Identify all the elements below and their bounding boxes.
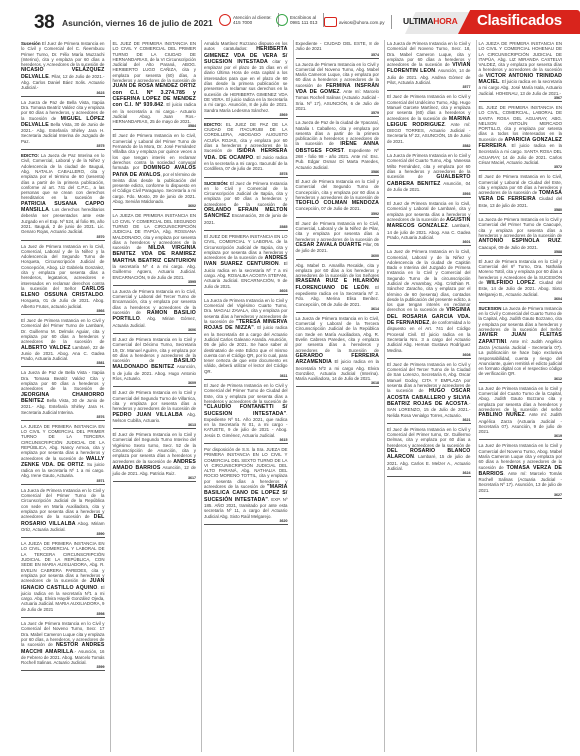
legal-notice: El Juez de Primera Instancia en lo Civil… <box>387 361 471 424</box>
legal-notice: El Juez de Primera Instancia en lo Civil… <box>296 178 380 218</box>
notice-code: 3593 <box>387 192 471 196</box>
notice-code: 3592 <box>296 212 380 216</box>
notice-code: 3567 <box>479 96 563 100</box>
column-2: EL JUEZ DE PRIMERA INSTANCIA EN LO CIVIL… <box>110 40 199 752</box>
legal-notice: SUCESION La Jueza de Primera Instancia e… <box>479 305 563 383</box>
legal-notice: El Juez de Primera Instancia en lo Civil… <box>113 132 197 210</box>
notice-body: La Jueza de Paz Interina en lo Civil, Co… <box>21 153 105 200</box>
divider <box>391 15 392 29</box>
notice-code: 3623 <box>21 91 105 95</box>
notice-body: El Juez de Primera Instancia en lo Civil… <box>113 390 197 411</box>
notice-body: El Juez de Primera Instancia en lo Civil… <box>296 179 380 200</box>
email-contact: avisos@uhora.com.py <box>324 15 392 29</box>
legal-notice: Arnaldo Martínez Rozzano dispuso en los … <box>204 40 288 119</box>
notice-code: 3586 <box>296 170 380 174</box>
notice-code: 3598 <box>21 612 105 616</box>
notice-body: El Juez de Primera Instancia en lo Civil… <box>387 427 471 448</box>
notice-body: Abg. Mabel D. Amarilla Recalde, cita y e… <box>296 263 380 279</box>
legal-notice: El JUEZ DE PRIMERA INSTANCIA EN LO CIVIL… <box>204 233 288 295</box>
notice-body: La Jueza de Primera Instancia en lo Civi… <box>21 488 105 519</box>
notice-code: 3606 <box>113 328 197 332</box>
logo-ultima: ULTIMA <box>403 16 433 26</box>
notice-code: 3601 <box>387 240 471 244</box>
notice-code: 3570 <box>21 235 105 239</box>
notice-body-end: . Ante mí: Judith Angélica Zarza (Actuar… <box>479 339 563 377</box>
column-5: La Jueza de Primera Instancia en lo Civi… <box>384 40 473 752</box>
legal-notice: EDICTO: EL JUEZ DE PAZ DE LA CIUDAD DE I… <box>204 121 288 178</box>
notice-body: La Jueza de Paz de Bella Vista - Itapúa … <box>21 370 105 391</box>
legal-notice: Abg. Mabel D. Amarilla Recalde, cita y e… <box>296 262 380 313</box>
notice-deceased-name: IRASEMA RUIZ E HILARIÓN FLORENCIANO DE L… <box>296 278 380 290</box>
notice-code: 3624 <box>387 471 471 475</box>
notice-lead: EDICTO: <box>204 122 222 127</box>
legal-notice: El Juez de Primera Instancia en lo Civil… <box>113 336 197 387</box>
notice-code: 3585 <box>204 225 288 229</box>
legal-notice: LA JUEZA DE PRIMERA INSTANCIA EN LO CIVI… <box>479 40 563 102</box>
notice-body: El Juez de Primera Instancia en lo Civil… <box>296 221 380 242</box>
mail-icon <box>324 17 337 27</box>
notice-code: 3582 <box>387 144 471 148</box>
notice-code: 3617 <box>113 476 197 480</box>
notice-body: Expediente - CIUDAD DEL ESTE, 8 de Julio… <box>296 41 380 51</box>
legal-notice: El Juez de Primera Instancia en lo Civil… <box>479 173 563 214</box>
notice-deceased-name: "CLAUDIO FONTANETTI S/ SUCESION INTESTAD… <box>204 404 288 416</box>
legal-notice: Por disposición de S.S. la Sra. JUEZA DE… <box>204 446 288 525</box>
legal-notice: SUCESIÓN: El Juez de Primera Instancia e… <box>204 180 288 231</box>
legal-notice: Expediente - CIUDAD DEL ESTE, 8 de Julio… <box>296 40 380 59</box>
legal-notice: Sucesión El Juez de Primera Instancia en… <box>21 40 105 97</box>
notice-code: 3581 <box>21 361 105 365</box>
notice-code: 3584 <box>113 124 197 128</box>
legal-notice: EL JUEZ DE PRIMERA INSTANCIA EN LO CIVIL… <box>479 104 563 171</box>
column-3: Arnaldo Martínez Rozzano dispuso en los … <box>201 40 290 752</box>
notice-body-end: . El juicio radica en la Secretaría 48 a… <box>204 325 288 373</box>
legal-notice: El Juez de Primera Instancia en lo Civil… <box>387 93 471 150</box>
column-6: LA JUEZA DE PRIMERA INSTANCIA EN LO CIVI… <box>476 40 565 752</box>
notice-lead: SUCESION <box>479 306 502 311</box>
notice-deceased-name: TEOFILO COLMAN MENDOZA <box>296 200 380 206</box>
notice-body: La Juez de Primera Instancia en lo Civil… <box>387 249 471 312</box>
whatsapp-icon <box>276 14 288 26</box>
legal-notice: La Jueza de Primera Instancia en lo Civi… <box>204 297 288 380</box>
notice-code: 3621 <box>387 418 471 422</box>
notice-body: La Jueza de Primera Instancia en lo Civi… <box>479 217 563 238</box>
notice-code: 3588 <box>479 250 563 254</box>
legal-notice: El Juez de Primera Instancia en lo Civil… <box>113 389 197 429</box>
notice-code: 3612 <box>479 377 563 381</box>
notice-code: 3580 <box>479 208 563 212</box>
notice-code: 3590 <box>21 532 105 536</box>
notice-body: El Juez de Primera Instancia en lo Civil… <box>204 383 288 404</box>
notice-lead: Sucesión <box>21 41 41 46</box>
notice-code: 3603 <box>204 289 288 293</box>
logo-hora: HORA <box>433 16 457 26</box>
notice-code: 3566 <box>21 309 105 313</box>
legal-notice: El Juez de Primera Instancia en lo Civil… <box>21 317 105 367</box>
notice-code: 3571 <box>21 479 105 483</box>
page-number: 38 <box>34 12 54 34</box>
notice-code: 3613 <box>113 423 197 427</box>
legal-notice: El Juez de Primera Instancia en lo Civil… <box>387 426 471 477</box>
page-header: 38 Asunción, viernes 16 de julio de 2021… <box>0 0 580 38</box>
notice-code: 3609 <box>113 381 197 385</box>
legal-notice: El Juez de Primera Instancia en lo Civil… <box>296 220 380 260</box>
legal-notice: El Juez de Primera Instancia en lo Civil… <box>479 258 563 303</box>
legal-notice: La Jueza de Primera Instancia en lo Civi… <box>296 315 380 388</box>
legal-notice: La Juez de Primera Instancia en lo Civil… <box>21 243 105 316</box>
column-1: Sucesión El Juez de Primera Instancia en… <box>19 40 107 752</box>
notice-code: 3595 <box>113 280 197 284</box>
contact-value: 415 7000 <box>233 20 252 25</box>
notice-code: 3577 <box>387 85 471 89</box>
legal-notice: LA JUEZA DE PRIMERA INSTANCIA EN LO CIVI… <box>21 423 105 485</box>
dateline: Asunción, viernes 16 de julio de 2021 <box>62 18 213 28</box>
notice-code: 3574 <box>296 53 380 57</box>
legal-notice: La Jueza de Primera Instancia en lo Civi… <box>21 487 105 538</box>
phone-icon <box>219 14 231 26</box>
legal-notice: EL JUEZ DE PRIMERA INSTANCIA EN LO CIVIL… <box>113 40 197 130</box>
ultimahora-logo: ULTIMAHORA <box>403 16 458 26</box>
notice-deceased-name: CESAR ZAVALA DUARTE <box>296 242 362 248</box>
notice-deceased-name: WILFRIDO LOPEZ <box>486 280 534 286</box>
notice-body: La Jueza de Primera Instancia en lo Civi… <box>296 316 380 353</box>
notice-code: 3579 <box>296 111 380 115</box>
section-title: Clasificados <box>477 12 562 29</box>
notice-code: 3575 <box>21 144 105 148</box>
notice-deceased-name: ALBERTO VALDEZ <box>21 345 71 351</box>
legal-notice: La Jueza de Paz de la ciudad de Ypacaraí… <box>296 119 380 176</box>
legal-notice: La Juez de Primera Instancia en lo Civil… <box>479 442 563 499</box>
contact-value: avisos@uhora.com.py <box>339 20 385 25</box>
notice-body: EL JUEZ DE PRIMERA INSTANCIA EN LO CIVIL… <box>113 41 197 83</box>
legal-notice: EDICTO: La Jueza de Paz Interina en lo C… <box>21 152 105 240</box>
legal-notice: La Juez de Primera Instancia en lo Civil… <box>479 385 563 441</box>
column-4: Expediente - CIUDAD DEL ESTE, 8 de Julio… <box>293 40 382 752</box>
notice-code: 3627 <box>479 493 563 497</box>
notice-code: 3576 <box>21 415 105 419</box>
notice-code: 3620 <box>204 519 288 523</box>
legal-notice: La Jueza de Paz de Bella Vista - Itapúa … <box>21 369 105 420</box>
legal-notice: La Jueza de Primera Instancia en lo Civi… <box>387 40 471 91</box>
notice-body: Por disposición de S.S. la Sra. JUEZA DE… <box>204 447 288 489</box>
notice-deceased-name: PEDRO JUAN VILLALBA <box>113 412 183 418</box>
notice-body: El Juez de Primera Instancia en lo Civil… <box>21 318 105 344</box>
legal-notice: La Juez de Primera Instancia en lo Civil… <box>387 248 471 359</box>
notice-body: LA JUEZA DE PRIMERA INSTANCIA EN LO CIVI… <box>21 541 105 583</box>
notice-code: 3572 <box>479 165 563 169</box>
legal-notice: La Juez de Primera Instancia en lo Civil… <box>21 620 105 671</box>
notice-body: La Juez de Primera Instancia en lo Civil… <box>21 244 105 291</box>
notice-code: 3615 <box>204 438 288 442</box>
notice-code: 3599 <box>21 665 105 669</box>
notice-body-end: Concepción, 07 de Julio de 2021. <box>296 206 361 211</box>
legal-notice: La Jueza de Primera Instancia en lo Civi… <box>387 152 471 198</box>
whatsapp-contact: Escribinos al0981 111 013 <box>276 13 324 27</box>
notice-lead: EDICTO: <box>21 153 39 158</box>
notice-body-end: citar y emplazar por el plazo de 15 días… <box>204 59 288 113</box>
notice-body: La Juez de Primera Instancia en lo Civil… <box>479 386 563 412</box>
notice-code: 3578 <box>204 172 288 176</box>
legal-notice: El Juez de Primera Instancia en lo Civil… <box>387 200 471 246</box>
notice-code: 3569 <box>204 113 288 117</box>
legal-notice: El Juez de Primera Instancia en lo Civil… <box>113 431 197 482</box>
notice-code: 3608 <box>387 353 471 357</box>
notice-lead: SUCESIÓN: <box>204 181 228 186</box>
notice-deceased-name: ANTONIO ESPINOLA RUIZ <box>479 238 561 244</box>
notice-code: 3600 <box>296 254 380 258</box>
legal-notice: La Jueza de Primera Instancia en lo Civi… <box>479 216 563 256</box>
classifieds-columns: Sucesión El Juez de Primera Instancia en… <box>19 40 564 752</box>
notice-code: 3602 <box>113 204 197 208</box>
notice-code: 3618 <box>296 381 380 385</box>
notice-body-end: la secretaría Nº 4 a mi cargo. Abg. Guil… <box>113 264 197 280</box>
legal-notice: El Juez de Primera Instancia en lo Civil… <box>204 382 288 444</box>
contact-value: 0981 111 013 <box>290 20 317 25</box>
customer-service-contact: Atención al cliente:415 7000 <box>219 13 279 27</box>
notice-deceased-name: PABLINO NUÑEZ <box>479 412 525 418</box>
legal-notice: LA JUEZA DE PRIMERA INSTANCIA EN LO CIVI… <box>21 540 105 618</box>
notice-code: 3604 <box>479 297 563 301</box>
legal-notice: LA JUEZA DE PRIMERA INSTANCIA EN LO CIVI… <box>113 212 197 286</box>
legal-notice: La Jueza de Paz de Bella Vista, Itapúa D… <box>21 99 105 150</box>
legal-notice: La Jueza de Primera Instancia en lo Civi… <box>113 288 197 334</box>
notice-code: 3614 <box>296 307 380 311</box>
notice-code: 3611 <box>204 374 288 378</box>
notice-code: 3619 <box>479 434 563 438</box>
legal-notice: La Jueza de Primera Instancia en lo Civi… <box>296 61 380 118</box>
